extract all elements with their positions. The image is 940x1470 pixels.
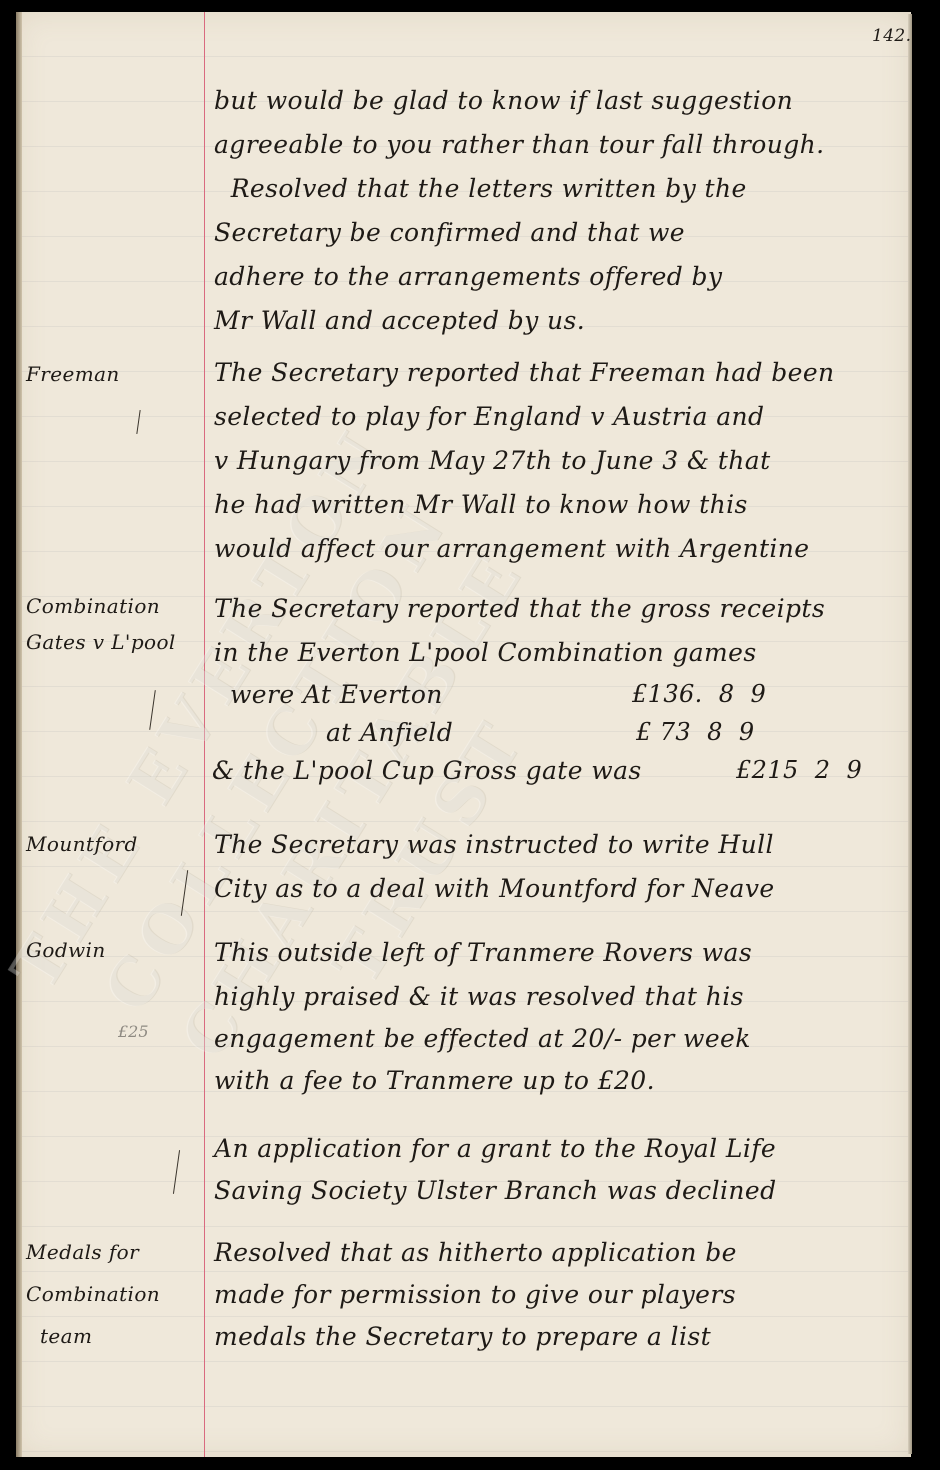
- margin-label-team: team: [40, 1324, 92, 1348]
- page-number: 142.: [872, 26, 911, 46]
- receipt-label: at Anfield: [326, 718, 453, 747]
- marginal-pencil-note: £25: [118, 1022, 149, 1041]
- receipt-amount-anfield: £ 73 8 9: [636, 718, 755, 746]
- receipt-label: were At Everton: [230, 680, 443, 709]
- margin-label-godwin: Godwin: [26, 938, 106, 962]
- entry-line: but would be glad to know if last sugges…: [214, 86, 793, 115]
- entry-line: selected to play for England v Austria a…: [214, 402, 764, 431]
- margin-label-combination: Combination: [26, 1282, 160, 1306]
- margin-label-mountford: Mountford: [26, 832, 138, 856]
- red-margin-rule: [204, 12, 205, 1457]
- margin-label-medals: Medals for: [26, 1240, 139, 1264]
- entry-line: Mr Wall and accepted by us.: [214, 306, 585, 335]
- receipt-amount-cup: £215 2 9: [736, 756, 862, 784]
- entry-line: in the Everton L'pool Combination games: [214, 638, 757, 667]
- entry-line: An application for a grant to the Royal …: [214, 1134, 776, 1163]
- page-fore-edge: [908, 14, 912, 1454]
- entry-line: would affect our arrangement with Argent…: [214, 534, 809, 563]
- entry-line: The Secretary reported that Freeman had …: [214, 358, 835, 387]
- entry-line: made for permission to give our players: [214, 1280, 736, 1309]
- entry-line: adhere to the arrangements offered by: [214, 262, 722, 291]
- entry-line: This outside left of Tranmere Rovers was: [214, 938, 752, 967]
- entry-line: Saving Society Ulster Branch was decline…: [214, 1176, 776, 1205]
- entry-line: Resolved that the letters written by the: [214, 174, 747, 203]
- page-binding-edge: [16, 12, 22, 1457]
- receipt-amount-everton: £136. 8 9: [632, 680, 766, 708]
- entry-line: Secretary be confirmed and that we: [214, 218, 685, 247]
- entry-line: with a fee to Tranmere up to £20.: [214, 1066, 655, 1095]
- entry-line: engagement be effected at 20/- per week: [214, 1024, 751, 1053]
- entry-line: v Hungary from May 27th to June 3 & that: [214, 446, 771, 475]
- entry-line: Resolved that as hitherto application be: [214, 1238, 737, 1267]
- margin-label-gates: Gates v L'pool: [26, 630, 176, 654]
- entry-line: highly praised & it was resolved that hi…: [214, 982, 744, 1011]
- margin-label-freeman: Freeman: [26, 362, 120, 386]
- entry-line: The Secretary reported that the gross re…: [214, 594, 825, 623]
- entry-line: medals the Secretary to prepare a list: [214, 1322, 711, 1351]
- entry-line: he had written Mr Wall to know how this: [214, 490, 748, 519]
- receipt-label: & the L'pool Cup Gross gate was: [212, 756, 642, 785]
- entry-line: City as to a deal with Mountford for Nea…: [214, 874, 775, 903]
- entry-line: agreeable to you rather than tour fall t…: [214, 130, 824, 159]
- margin-label-combination: Combination: [26, 594, 160, 618]
- entry-line: The Secretary was instructed to write Hu…: [214, 830, 774, 859]
